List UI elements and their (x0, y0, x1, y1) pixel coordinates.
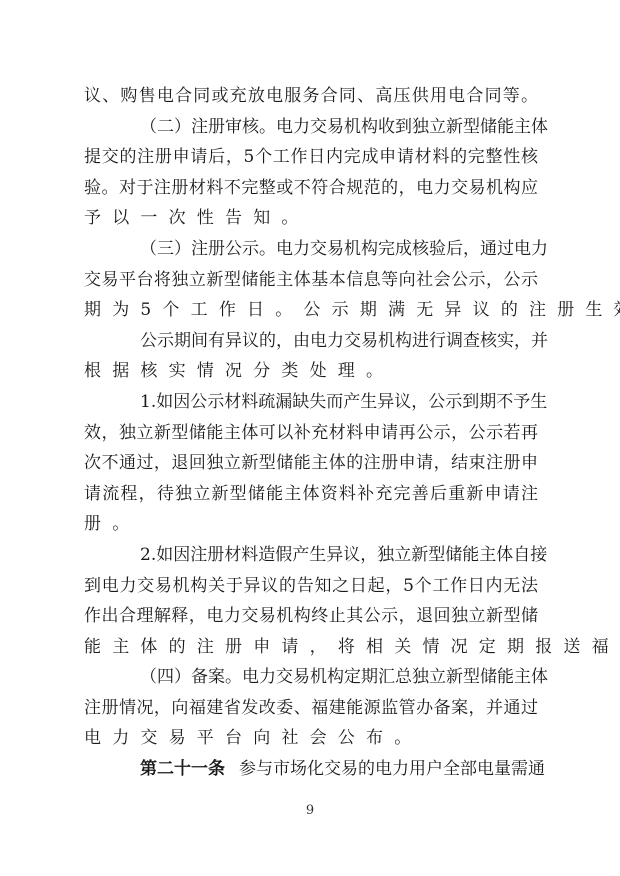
text-line: 期为5个工作日。公示期满无异议的注册生效。 (84, 295, 538, 326)
section-heading-line: （四）备案。电力交易机构定期汇总独立新型储能主体 (84, 662, 538, 693)
body-text: 议、购售电合同或充放电服务合同、高压供用电合同等。 （二）注册审核。电力交易机构… (84, 81, 538, 785)
article-text: 参与市场化交易的电力用户全部电量需通 (239, 759, 545, 779)
text-line: 验。对于注册材料不完整或不符合规范的，电力交易机构应 (84, 173, 538, 204)
text-line: 次不通过，退回独立新型储能主体的注册申请，结束注册申 (84, 448, 538, 479)
list-item-1-line: 1.如因公示材料疏漏缺失而产生异议，公示到期不予生 (84, 387, 538, 418)
page-number: 9 (0, 803, 620, 818)
text-line: 册。 (84, 509, 538, 540)
text-line: 到电力交易机构关于异议的告知之日起，5个工作日内无法 (84, 571, 538, 602)
text-line: 请流程，待独立新型储能主体资料补充完善后重新申请注 (84, 479, 538, 510)
text-line: 作出合理解释，电力交易机构终止其公示，退回独立新型储 (84, 601, 538, 632)
text-line: 提交的注册申请后，5个工作日内完成申请材料的完整性核 (84, 142, 538, 173)
text-line: 效，独立新型储能主体可以补充材料申请再公示，公示若再 (84, 418, 538, 449)
text-line: 电力交易平台向社会公布。 (84, 723, 538, 754)
text-line: 注册情况，向福建省发改委、福建能源监管办备案，并通过 (84, 693, 538, 724)
article-line: 第二十一条参与市场化交易的电力用户全部电量需通 (84, 754, 538, 785)
text-line: 能主体的注册申请，将相关情况定期报送福建省发改委。 (84, 632, 538, 663)
text-line: 根据核实情况分类处理。 (84, 356, 538, 387)
paragraph-start-line: 公示期间有异议的，由电力交易机构进行调查核实，并 (84, 326, 538, 357)
article-heading: 第二十一条 (140, 759, 225, 779)
text-line: 议、购售电合同或充放电服务合同、高压供用电合同等。 (84, 81, 538, 112)
text-line: 交易平台将独立新型储能主体基本信息等向社会公示，公示 (84, 265, 538, 296)
list-item-2-line: 2.如因注册材料造假产生异议，独立新型储能主体自接 (84, 540, 538, 571)
text-line: 予以一次性告知。 (84, 203, 538, 234)
section-heading-line: （三）注册公示。电力交易机构完成核验后，通过电力 (84, 234, 538, 265)
document-page: 议、购售电合同或充放电服务合同、高压供用电合同等。 （二）注册审核。电力交易机构… (0, 0, 620, 876)
section-heading-line: （二）注册审核。电力交易机构收到独立新型储能主体 (84, 112, 538, 143)
